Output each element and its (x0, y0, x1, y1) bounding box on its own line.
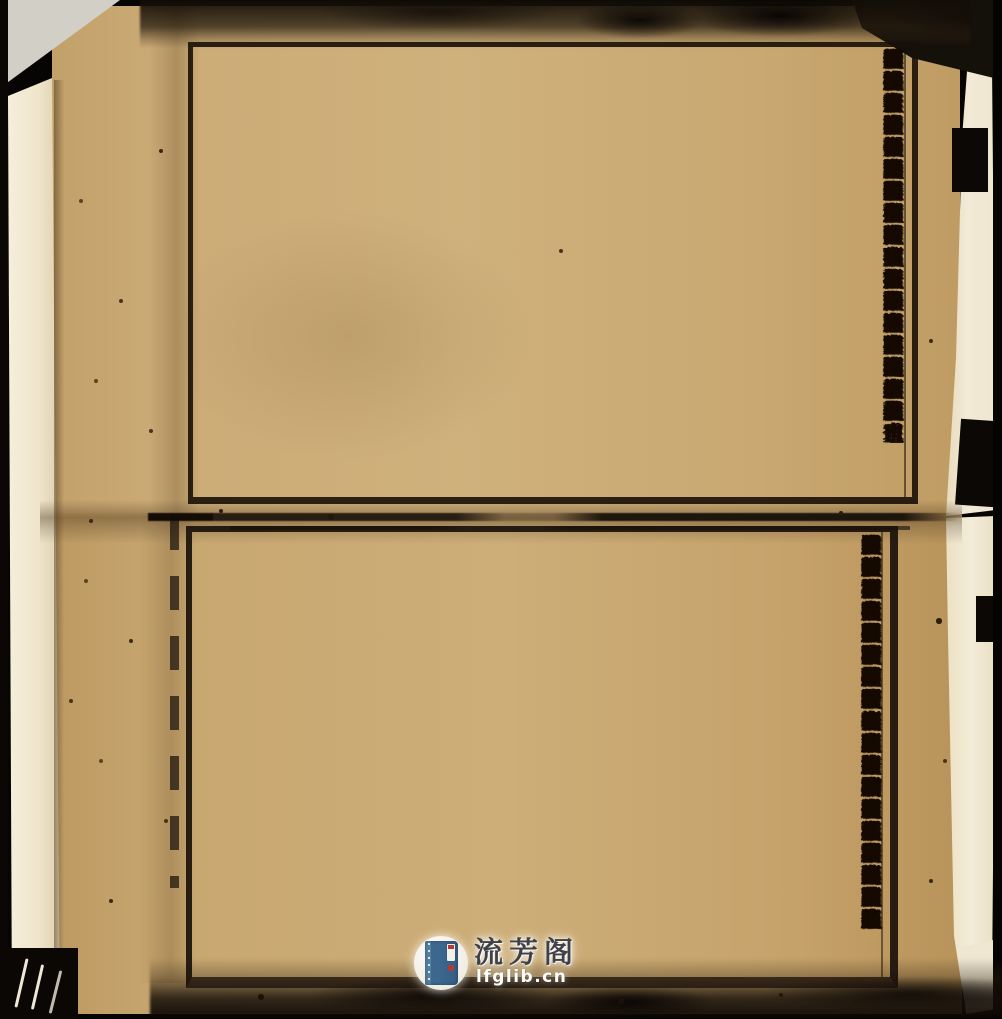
text-column: 大便溏曰鴨溏水穀利也腸垢曰利積陳莝也 (852, 534, 888, 930)
fold-ink-streaks (170, 516, 179, 888)
book-scan: 主 二 凡人感冒時氣溫熱之病通謂傷寒天行今反自汗者曰柔痓無汗者曰剛痓其人月至春夏… (0, 0, 1002, 1019)
book-stitching (428, 943, 430, 983)
upper-page-text: 主 二 凡人感冒時氣溫熱之病通謂傷寒天行今反自汗者曰柔痓無汗者曰剛痓其人月至春夏… (198, 48, 910, 498)
gutter-crease-line (148, 513, 960, 521)
watermark-badge (414, 936, 468, 990)
watermark-site-name: 流芳阁 (474, 930, 604, 966)
scan-edge-left (0, 0, 8, 1019)
book-icon (425, 941, 458, 985)
text-column: 俱不禁也不治 (873, 48, 910, 180)
watermark: 流芳阁 lfglib.cn (414, 934, 604, 994)
watermark-site-url: lfglib.cn (476, 967, 604, 989)
page-edge-shadow-left (54, 80, 64, 1010)
paper-speckles (0, 0, 2, 2)
shadow-patch (952, 128, 988, 192)
page-edge-strip-left (6, 78, 60, 1019)
book-seal (448, 965, 454, 971)
scan-edge-right (993, 0, 1002, 1019)
book-title-label (447, 944, 455, 961)
ink-smudge-top (140, 0, 970, 48)
lower-page-text: 運吐利者上吐下利而腹中痛邪氣所傷曰吐作曰霍亂一時揮霍撩亂也嘔吐而利者是也君轉筋入… (196, 534, 888, 980)
